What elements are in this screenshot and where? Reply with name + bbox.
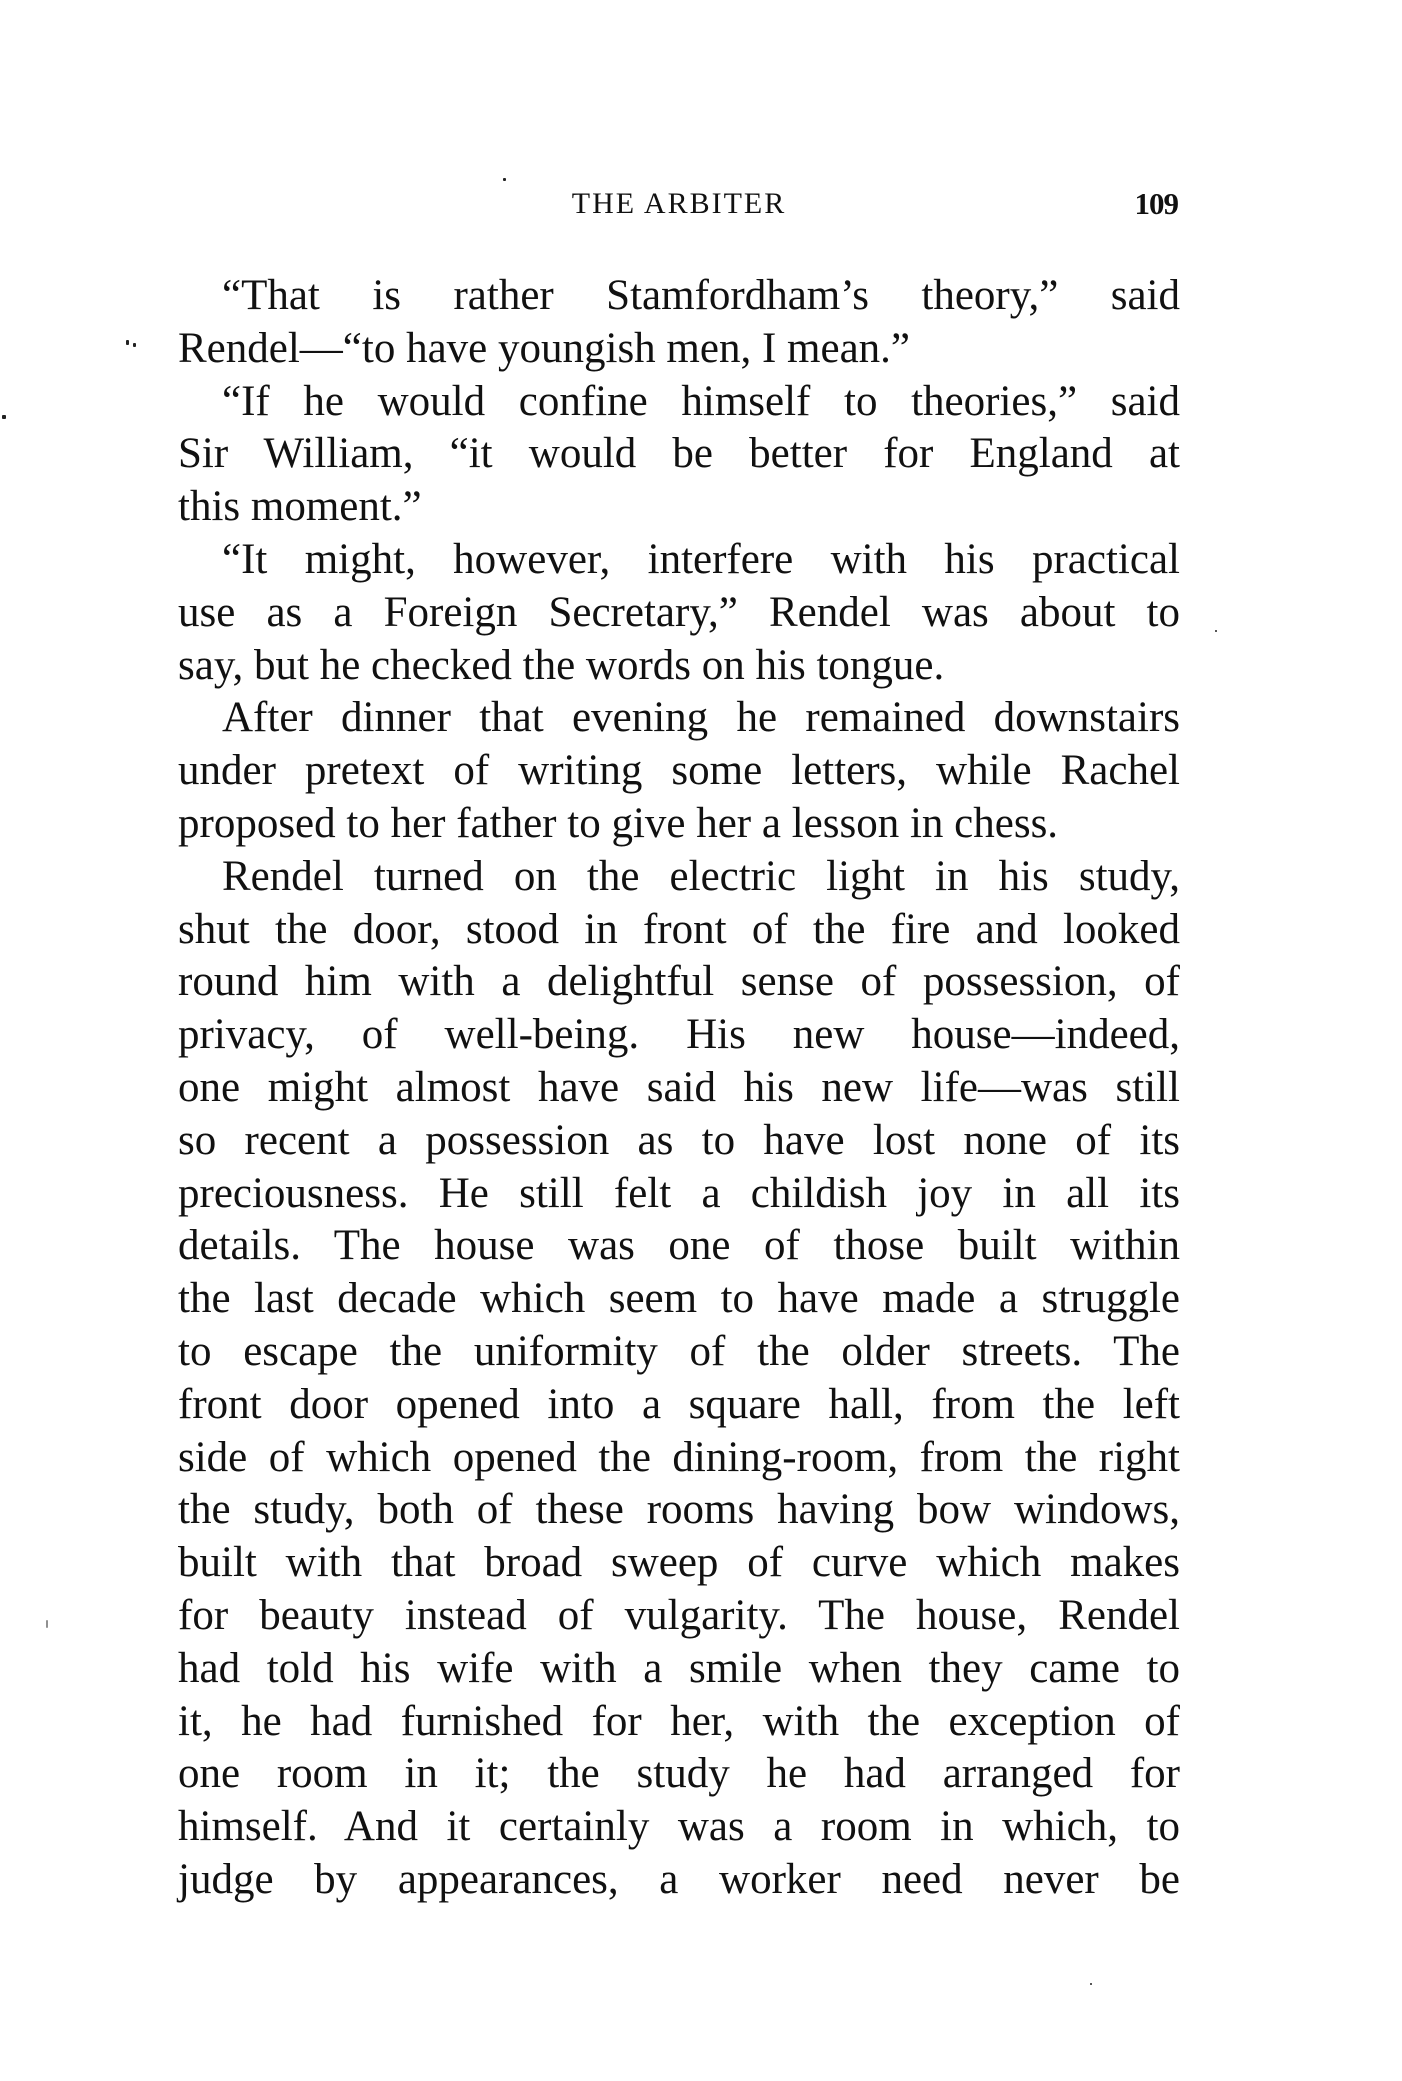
book-page: THE ARBITER 109 “That is rather Stamford… bbox=[0, 0, 1402, 2081]
text-line: privacy, of well-being. His new house—in… bbox=[178, 1009, 1180, 1062]
text-line: Sir William, “it would be better for Eng… bbox=[178, 428, 1180, 481]
text-line: had told his wife with a smile when they… bbox=[178, 1643, 1180, 1696]
text-line: judge by appearances, a worker need neve… bbox=[178, 1854, 1180, 1907]
text-line: for beauty instead of vulgarity. The hou… bbox=[178, 1590, 1180, 1643]
text-line: Rendel turned on the electric light in h… bbox=[178, 851, 1180, 904]
text-line: shut the door, stood in front of the fir… bbox=[178, 904, 1180, 957]
scan-speck bbox=[46, 1620, 48, 1628]
text-line: built with that broad sweep of curve whi… bbox=[178, 1537, 1180, 1590]
scan-speck bbox=[1090, 1983, 1092, 1985]
text-line: front door opened into a square hall, fr… bbox=[178, 1379, 1180, 1432]
text-line: proposed to her father to give her a les… bbox=[178, 798, 1180, 851]
page-number: 109 bbox=[1135, 186, 1179, 222]
text-line: Rendel—“to have youngish men, I mean.” bbox=[178, 323, 1180, 376]
text-line: under pretext of writing some letters, w… bbox=[178, 745, 1180, 798]
text-line: side of which opened the dining-room, fr… bbox=[178, 1432, 1180, 1485]
text-line: this moment.” bbox=[178, 481, 1180, 534]
text-line: use as a Foreign Secretary,” Rendel was … bbox=[178, 587, 1180, 640]
scan-speck bbox=[503, 178, 506, 181]
running-title: THE ARBITER bbox=[178, 186, 1180, 222]
text-line: say, but he checked the words on his ton… bbox=[178, 640, 1180, 693]
scan-speck bbox=[126, 340, 129, 345]
running-head: THE ARBITER 109 bbox=[178, 186, 1180, 222]
text-line: “That is rather Stamfordham’s theory,” s… bbox=[178, 270, 1180, 323]
text-line: the study, both of these rooms having bo… bbox=[178, 1484, 1180, 1537]
scan-speck bbox=[2, 415, 6, 419]
scan-speck bbox=[1215, 630, 1217, 632]
text-line: the last decade which seem to have made … bbox=[178, 1273, 1180, 1326]
text-line: to escape the uniformity of the older st… bbox=[178, 1326, 1180, 1379]
text-line: preciousness. He still felt a childish j… bbox=[178, 1168, 1180, 1221]
running-title-text: THE ARBITER bbox=[572, 186, 787, 222]
text-line: so recent a possession as to have lost n… bbox=[178, 1115, 1180, 1168]
text-line: it, he had furnished for her, with the e… bbox=[178, 1696, 1180, 1749]
body-text: “That is rather Stamfordham’s theory,” s… bbox=[178, 270, 1180, 1907]
text-line: details. The house was one of those buil… bbox=[178, 1220, 1180, 1273]
text-line: himself. And it certainly was a room in … bbox=[178, 1801, 1180, 1854]
text-line: round him with a delightful sense of pos… bbox=[178, 956, 1180, 1009]
text-line: After dinner that evening he remained do… bbox=[178, 692, 1180, 745]
text-line: one might almost have said his new life—… bbox=[178, 1062, 1180, 1115]
scan-speck bbox=[133, 343, 136, 347]
text-line: “If he would confine himself to theories… bbox=[178, 376, 1180, 429]
text-line: “It might, however, interfere with his p… bbox=[178, 534, 1180, 587]
text-line: one room in it; the study he had arrange… bbox=[178, 1748, 1180, 1801]
